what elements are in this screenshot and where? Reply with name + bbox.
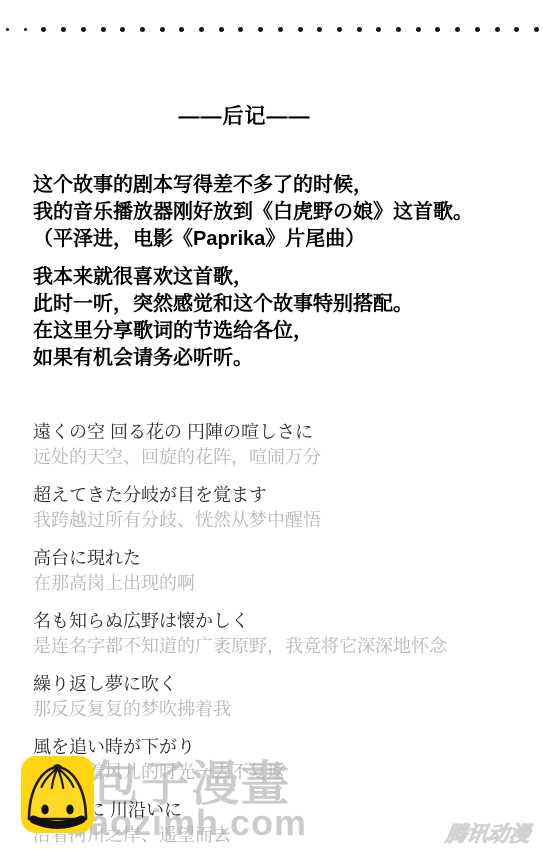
lyric-line-chinese: 沿着河川之岸、遥望而去	[33, 823, 447, 848]
lyric-line-japanese: 名も知らぬ広野は懐かしく	[33, 609, 447, 634]
dot	[140, 27, 145, 32]
dot	[534, 27, 539, 32]
intro-line: 我的音乐播放器刚好放到《白虎野の娘》这首歌。	[33, 199, 473, 226]
lyric-line-japanese: 高台に現れた	[33, 546, 447, 571]
dot	[160, 27, 165, 32]
afterword-title: ——后记——	[0, 100, 489, 130]
lyric-line-japanese: 遠くの空 回る花の 円陣の喧しさに	[33, 420, 447, 445]
intro-line: （平泽进，电影《Paprika》片尾曲）	[33, 226, 473, 253]
lyrics-section: 遠くの空 回る花の 円陣の喧しさに远处的天空、回旋的花阵，喧闹万分超えてきた分岐…	[33, 420, 447, 861]
lyric-line-chinese: 是连名字都不知道的广袤原野，我竟将它深深地怀念	[33, 634, 447, 659]
dot	[455, 27, 460, 32]
lyric-line-japanese: 超えてきた分岐が目を覚ます	[33, 483, 447, 508]
baozi-bun-logo-icon	[21, 756, 94, 833]
dot	[278, 27, 283, 32]
dot	[495, 27, 500, 32]
dot	[120, 27, 125, 32]
dot	[41, 27, 46, 32]
intro-paragraph-1: 这个故事的剧本写得差不多了的时候，我的音乐播放器刚好放到《白虎野の娘》这首歌。（…	[33, 172, 473, 253]
dot	[357, 27, 362, 32]
dot	[238, 27, 243, 32]
intro-paragraph-2: 我本来就很喜欢这首歌，此时一听，突然感觉和这个故事特别搭配。在这里分享歌词的节选…	[33, 264, 413, 372]
lyric-line-chinese: 远处的天空、回旋的花阵，喧闹万分	[33, 445, 447, 470]
dot	[24, 28, 27, 31]
dot	[101, 27, 106, 32]
lyric-line-chinese: 那反反复复的梦吹拂着我	[33, 697, 447, 722]
dot	[376, 27, 381, 32]
dot	[219, 27, 224, 32]
dot	[514, 27, 519, 32]
dot	[61, 27, 66, 32]
lyric-line-chinese: 那追赶着风儿的时光一去不复返	[33, 760, 447, 785]
intro-line: 在这里分享歌词的节选给各位，	[33, 318, 413, 345]
lyric-stanza: 超えてきた分岐が目を覚ます我跨越过所有分歧、恍然从梦中醒悟	[33, 483, 447, 533]
dot	[199, 27, 204, 32]
lyric-stanza: 川沿いに 川沿いに沿着河川之岸、遥望而去	[33, 798, 447, 848]
dot	[179, 27, 184, 32]
dot	[396, 27, 401, 32]
lyric-line-chinese: 在那高岗上出现的啊	[33, 571, 447, 596]
dotted-divider	[6, 27, 539, 32]
intro-line: 这个故事的剧本写得差不多了的时候，	[33, 172, 473, 199]
tencent-comics-watermark-logo: 腾讯动漫	[444, 818, 532, 848]
dot	[337, 27, 342, 32]
dot	[298, 27, 303, 32]
dot	[435, 27, 440, 32]
lyric-line-chinese: 我跨越过所有分歧、恍然从梦中醒悟	[33, 508, 447, 533]
lyric-line-japanese: 風を追い時が下がり	[33, 735, 447, 760]
dot	[416, 27, 421, 32]
lyric-stanza: 名も知らぬ広野は懐かしく是连名字都不知道的广袤原野，我竟将它深深地怀念	[33, 609, 447, 659]
dot	[258, 27, 263, 32]
dot	[81, 27, 86, 32]
intro-line: 我本来就很喜欢这首歌，	[33, 264, 413, 291]
intro-line: 此时一听，突然感觉和这个故事特别搭配。	[33, 291, 413, 318]
lyric-line-japanese: 川沿いに 川沿いに	[33, 798, 447, 823]
dot	[475, 27, 480, 32]
lyric-stanza: 高台に現れた在那高岗上出现的啊	[33, 546, 447, 596]
lyric-stanza: 繰り返し夢に吹く那反反复复的梦吹拂着我	[33, 672, 447, 722]
dot	[6, 28, 9, 31]
lyric-stanza: 遠くの空 回る花の 円陣の喧しさに远处的天空、回旋的花阵，喧闹万分	[33, 420, 447, 470]
intro-line: 如果有机会请务必听听。	[33, 345, 413, 372]
lyric-line-japanese: 繰り返し夢に吹く	[33, 672, 447, 697]
lyric-stanza: 風を追い時が下がり那追赶着风儿的时光一去不复返	[33, 735, 447, 785]
dot	[317, 27, 322, 32]
